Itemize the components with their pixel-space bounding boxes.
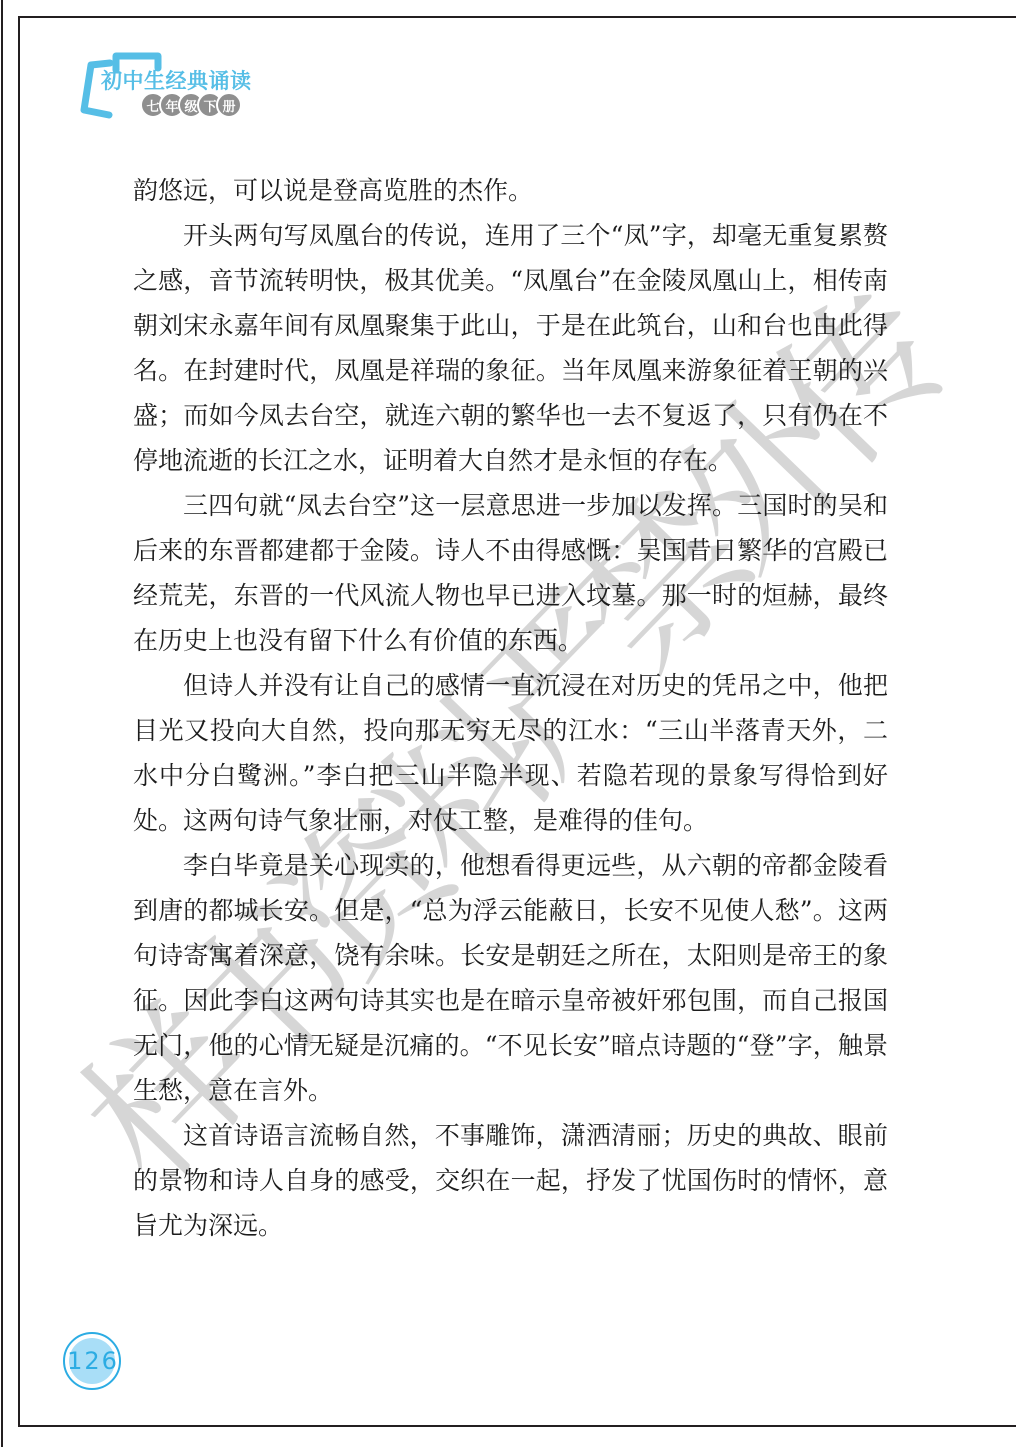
essay-paragraph: 但诗人并没有让自己的感情一直沉浸在对历史的凭吊之中，他把目光又投向大自然，投向那… bbox=[133, 663, 888, 843]
page-number: 126 bbox=[65, 1347, 119, 1375]
series-logo: 初中生经典诵读 七 年 级 下 册 bbox=[78, 46, 338, 126]
essay-paragraph: 开头两句写凤凰台的传说，连用了三个“凤”字，却毫无重复累赘之感，音节流转明快，极… bbox=[133, 213, 888, 483]
volume-badge: 七 年 级 下 册 bbox=[140, 92, 242, 118]
essay-paragraph: 这首诗语言流畅自然，不事雕饰，潇洒清丽；历史的典故、眼前的景物和诗人自身的感受，… bbox=[133, 1113, 888, 1248]
essay-paragraph: 韵悠远，可以说是登高览胜的杰作。 bbox=[133, 168, 888, 213]
page-number-badge: 126 bbox=[63, 1332, 121, 1390]
essay-text: 韵悠远，可以说是登高览胜的杰作。 开头两句写凤凰台的传说，连用了三个“凤”字，却… bbox=[133, 168, 888, 1248]
book-page: 初中生经典诵读 七 年 级 下 册 样书资料严禁外传 韵悠远，可以说是登高览胜的… bbox=[0, 0, 1016, 1447]
scan-edge-line bbox=[1, 0, 3, 1447]
essay-paragraph: 三四句就“凤去台空”这一层意思进一步加以发挥。三国时的吴和后来的东晋都建都于金陵… bbox=[133, 483, 888, 663]
volume-badge-char: 册 bbox=[216, 92, 242, 118]
series-title: 初中生经典诵读 bbox=[101, 65, 252, 95]
essay-paragraph: 李白毕竟是关心现实的，他想看得更远些，从六朝的帝都金陵看到唐的都城长安。但是，“… bbox=[133, 843, 888, 1113]
